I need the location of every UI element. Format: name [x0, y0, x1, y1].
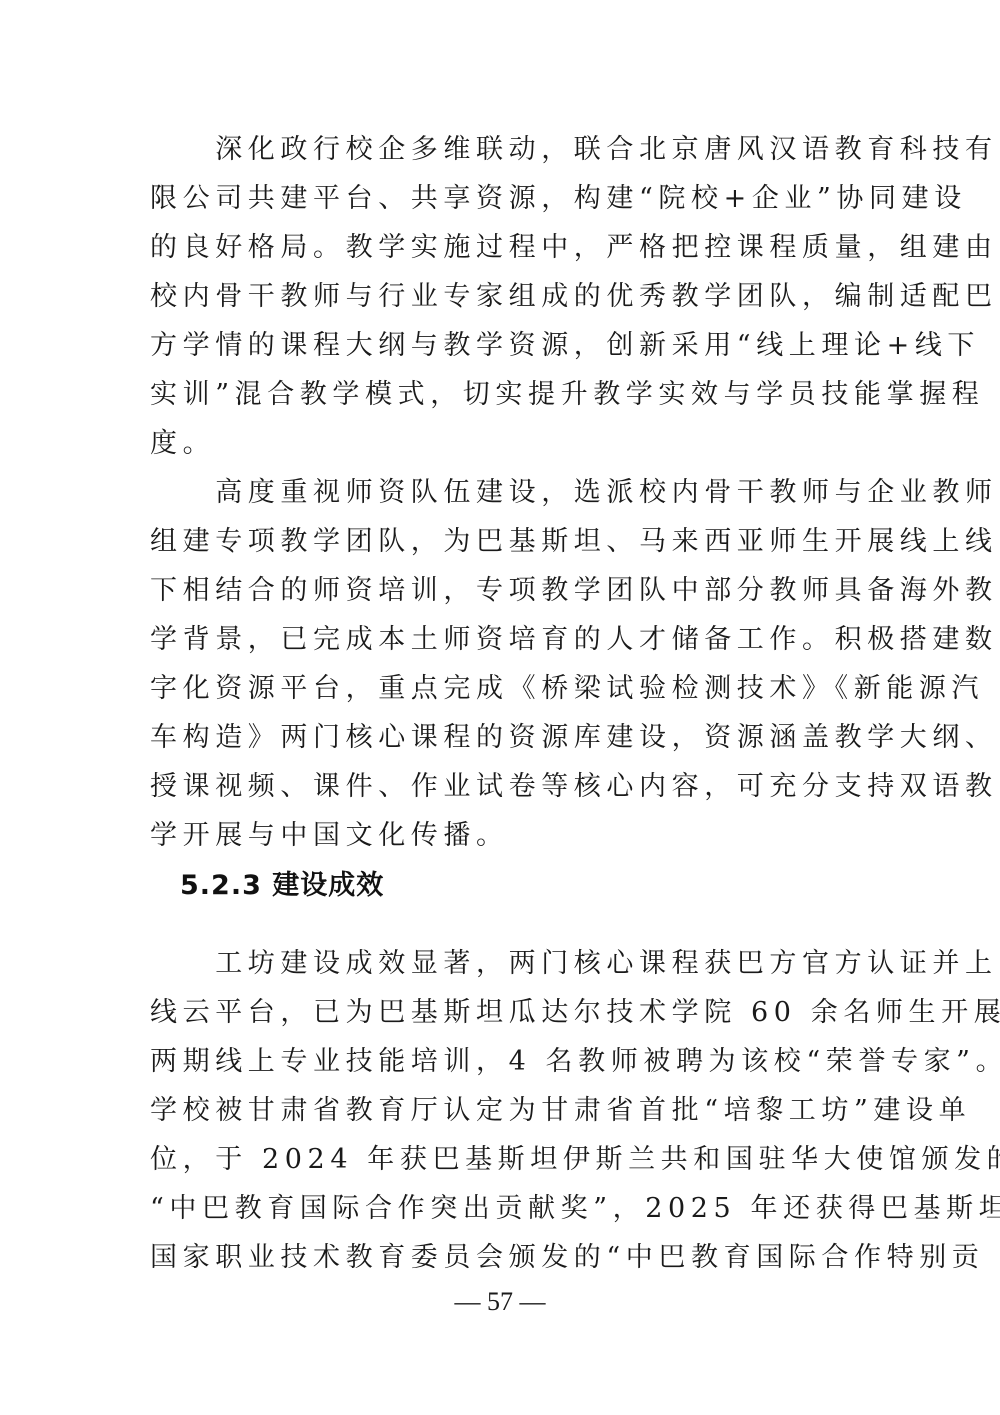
text-line: 字化资源平台，重点完成《桥梁试验检测技术》《新能源汽 [150, 669, 850, 709]
text-line: 位，于 2024 年获巴基斯坦伊斯兰共和国驻华大使馆颁发的 [150, 1140, 850, 1180]
text-line: 车构造》两门核心课程的资源库建设，资源涵盖教学大纲、 [150, 718, 850, 758]
text-line: 方学情的课程大纲与教学资源，创新采用“线上理论+线下 [150, 326, 850, 366]
text-line: 实训”混合教学模式，切实提升教学实效与学员技能掌握程 [150, 375, 850, 415]
text-line: 两期线上专业技能培训，4 名教师被聘为该校“荣誉专家”。 [150, 1042, 850, 1082]
text-line: 高度重视师资队伍建设，选派校内骨干教师与企业教师 [150, 473, 850, 513]
page-number: — 57 — [0, 1286, 1000, 1318]
section-heading: 5.2.3 建设成效 [180, 866, 384, 906]
text-line: 国家职业技术教育委员会颁发的“中巴教育国际合作特别贡 [150, 1238, 850, 1278]
text-line: 校内骨干教师与行业专家组成的优秀教学团队，编制适配巴 [150, 277, 850, 317]
text-line: 度。 [150, 424, 850, 464]
text-line: 学校被甘肃省教育厅认定为甘肃省首批“培黎工坊”建设单 [150, 1091, 850, 1131]
text-line: 工坊建设成效显著，两门核心课程获巴方官方认证并上 [150, 944, 850, 984]
text-line: “中巴教育国际合作突出贡献奖”，2025 年还获得巴基斯坦 [150, 1189, 850, 1229]
document-page: 深化政行校企多维联动，联合北京唐风汉语教育科技有 限公司共建平台、共享资源，构建… [0, 0, 1000, 1415]
text-line: 下相结合的师资培训，专项教学团队中部分教师具备海外教 [150, 571, 850, 611]
text-line: 的良好格局。教学实施过程中，严格把控课程质量，组建由 [150, 228, 850, 268]
text-line: 授课视频、课件、作业试卷等核心内容，可充分支持双语教 [150, 767, 850, 807]
text-line: 学背景，已完成本土师资培育的人才储备工作。积极搭建数 [150, 620, 850, 660]
text-line: 线云平台，已为巴基斯坦瓜达尔技术学院 60 余名师生开展 [150, 993, 850, 1033]
text-line: 学开展与中国文化传播。 [150, 816, 850, 856]
text-line: 限公司共建平台、共享资源，构建“院校+企业”协同建设 [150, 179, 850, 219]
text-line: 深化政行校企多维联动，联合北京唐风汉语教育科技有 [150, 130, 850, 170]
text-line: 组建专项教学团队，为巴基斯坦、马来西亚师生开展线上线 [150, 522, 850, 562]
